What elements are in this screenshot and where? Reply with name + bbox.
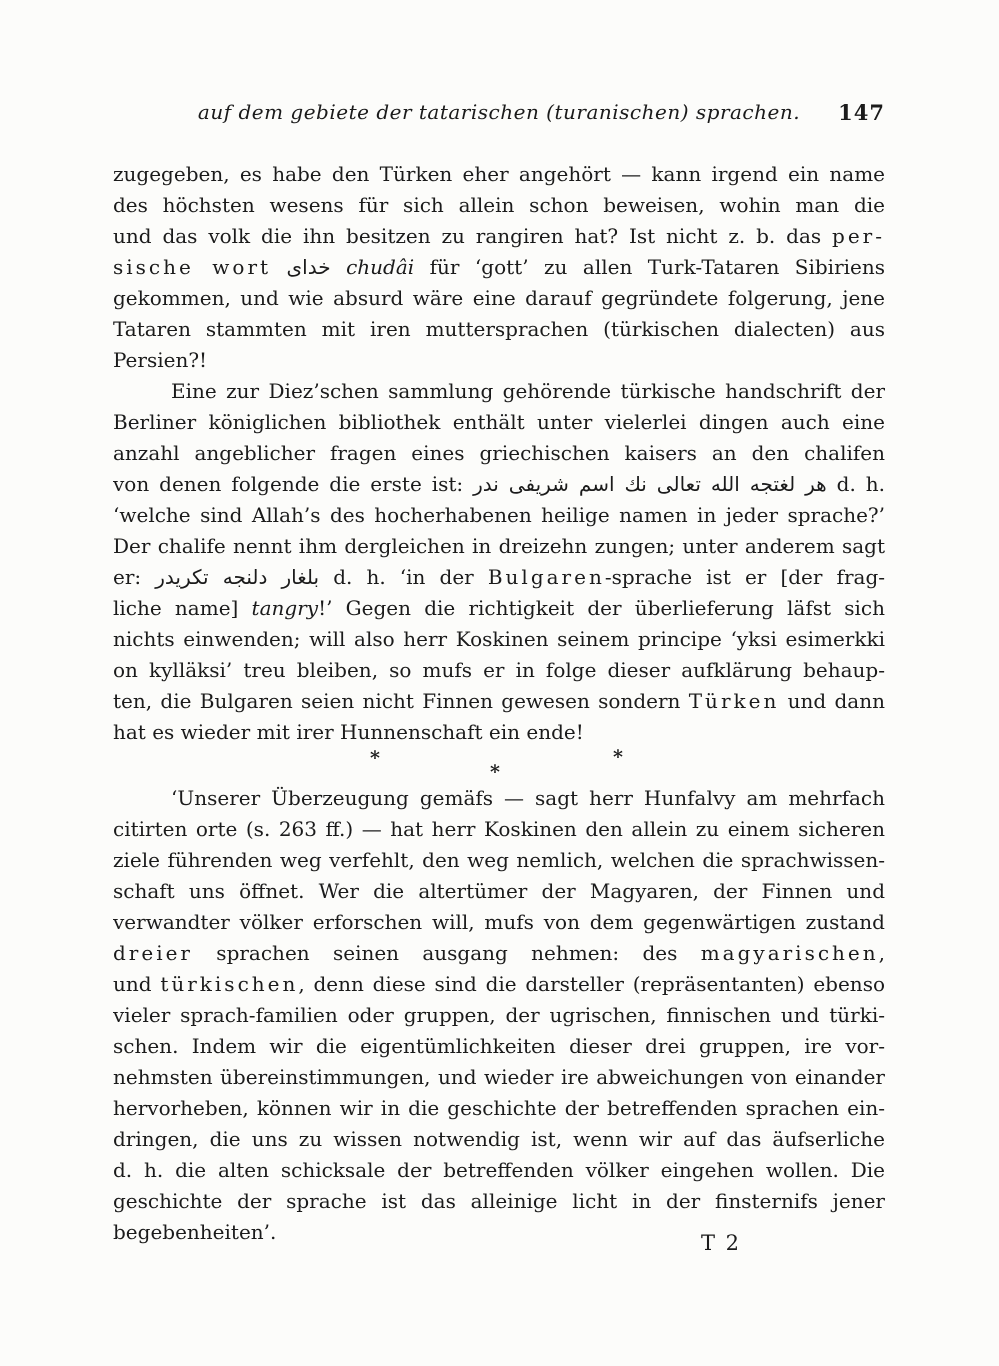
text-line: geschichte der sprache ist das alleinige… [113, 1186, 885, 1217]
emphasized-text: per- [832, 224, 885, 248]
emphasized-text: türkischen [160, 972, 298, 996]
running-title: auf dem gebiete der tatarischen (turanis… [113, 100, 885, 124]
text-line: nehmsten übereinstimmungen, und wieder i… [113, 1062, 885, 1093]
text-line: on kylläksi’ treu bleiben, so mufs er in… [113, 655, 885, 686]
text-line: Tataren stammten mit iren muttersprachen… [113, 314, 885, 345]
emphasized-text: Bulgaren [488, 565, 605, 589]
arabic-phrase-answer: بلغار دلنجه تكريدر [155, 565, 319, 589]
transliteration: chudâi [346, 255, 414, 279]
text-line: von denen folgende die erste ist: هر لغت… [113, 469, 885, 500]
text-line: zugegeben, es habe den Türken eher angeh… [113, 159, 885, 190]
emphasized-text: sische wort [113, 255, 271, 279]
arabic-phrase-question: هر لغتجه الله تعالى نك اسم شريفى ندر [473, 472, 827, 496]
text-line: anzahl angeblicher fragen eines griechis… [113, 438, 885, 469]
text-line: nichts einwenden; will also herr Koskine… [113, 624, 885, 655]
asterisk-icon: * [370, 749, 380, 768]
text-line: des höchsten wesens für sich allein scho… [113, 190, 885, 221]
asterisk-icon: * [613, 748, 623, 767]
asterisk-separator: * * * [113, 748, 885, 783]
text-line: ‘Unserer Überzeugung gemäfs — sagt herr … [113, 783, 885, 814]
text-line: ten, die Bulgaren seien nicht Finnen gew… [113, 686, 885, 717]
emphasized-text: Türken [689, 689, 780, 713]
signature-mark: T 2 [701, 1231, 741, 1255]
text-line: dringen, die uns zu wissen notwendig ist… [113, 1124, 885, 1155]
text-line: begebenheiten’. [113, 1217, 885, 1248]
text-line: Persien?! [113, 345, 885, 376]
transliteration: tangry [252, 596, 319, 620]
text-line: Der chalife nennt ihm dergleichen in dre… [113, 531, 885, 562]
document-page: auf dem gebiete der tatarischen (turanis… [0, 0, 999, 1366]
text-line: sische wort خداى chudâi für ‘gott’ zu al… [113, 252, 885, 283]
text-line: schen. Indem wir die eigentümlichkeiten … [113, 1031, 885, 1062]
page-header: auf dem gebiete der tatarischen (turanis… [113, 100, 885, 134]
text-line: vieler sprach-familien oder gruppen, der… [113, 1000, 885, 1031]
page-number: 147 [838, 100, 885, 125]
asterisk-icon: * [490, 763, 500, 782]
text-line: d. h. die alten schicksale der betreffen… [113, 1155, 885, 1186]
text-line: Berliner königlichen bibliothek enthält … [113, 407, 885, 438]
text-line: hat es wieder mit irer Hunnenschaft ein … [113, 717, 885, 748]
text-block: zugegeben, es habe den Türken eher angeh… [113, 159, 885, 1248]
emphasized-text: dreier [113, 941, 193, 965]
text-line: dreier sprachen seinen ausgang nehmen: d… [113, 938, 885, 969]
emphasized-text: magyarischen [701, 941, 879, 965]
text-line: gekommen, und wie absurd wäre eine darau… [113, 283, 885, 314]
text-line: liche name] tangry!’ Gegen die richtigke… [113, 593, 885, 624]
text-line: und das volk die ihn besitzen zu rangire… [113, 221, 885, 252]
text-line: er: بلغار دلنجه تكريدر d. h. ‘in der Bul… [113, 562, 885, 593]
text-line: verwandter völker erforschen will, mufs … [113, 907, 885, 938]
text-line: ‘welche sind Allah’s des hocherhabenen h… [113, 500, 885, 531]
text-line: und türkischen, denn diese sind die dars… [113, 969, 885, 1000]
arabic-word-chudai: خداى [287, 255, 331, 279]
text-line: Eine zur Diez’schen sammlung gehörende t… [113, 376, 885, 407]
text-line: schaft uns öffnet. Wer die altertümer de… [113, 876, 885, 907]
text-line: citirten orte (s. 263 ff.) — hat herr Ko… [113, 814, 885, 845]
text-line: hervorheben, können wir in die geschicht… [113, 1093, 885, 1124]
text-line: ziele führenden weg verfehlt, den weg ne… [113, 845, 885, 876]
